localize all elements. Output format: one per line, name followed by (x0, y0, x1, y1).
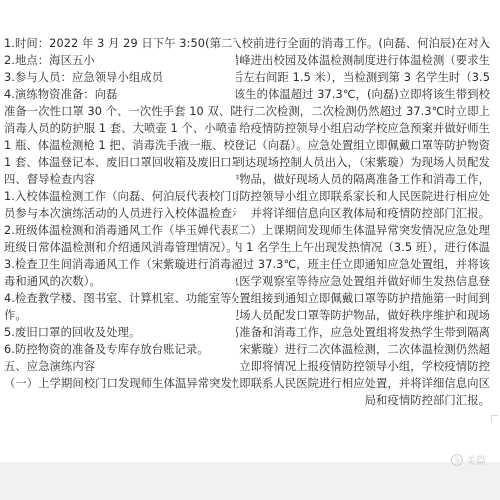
document-line: 信息登记（向磊）。应急处置组立即佩戴口罩等防护物资 (236, 139, 490, 153)
document-line: 朱悦、宋紫璇）进行二次体温检测，二次体温检测仍然超 (236, 343, 490, 357)
document-line: 4.检查教学楼、图书室、计算机室、功能室等处消毒通风 (4, 292, 250, 306)
document-line: 班级日常体温检测和介绍通风消毒管理情况）。 (4, 241, 238, 255)
document-line: 的隔离准备和消毒工作，应急处置组将发热学生带到隔离 (236, 326, 490, 340)
document-line: 等防护物品，做好现场人员的隔离准备工作和消毒工作， (236, 173, 490, 187)
document-line: 3.检查卫生间消毒通风工作（宋紫璇进行消毒液的配比、 (4, 258, 250, 272)
document-line: 局和疫情防控部门汇报。 (365, 394, 490, 408)
document-line: 1.时间：2022 年 3 月 29 日下午 3:50(第二节课) (4, 37, 250, 51)
document-line: 到应急医学观察室等待应急处置组并做好师生发热信息登 (236, 275, 490, 289)
document-line: 1.入校体温检测工作（向磊、何泊辰代表校门口体温检测 (4, 190, 250, 204)
document-line: 四、督导检查内容 (4, 173, 95, 187)
meipian-logo-icon: S (451, 454, 463, 466)
document-line: 时体温超过 37.3℃，班主任立即通知应急处置组，并将该 (236, 258, 490, 272)
document-line: 疫情防控领导小组立即联系家长和人民医院进行相应处 (236, 190, 490, 204)
document-line: 生按错峰进出校园及体温检测制度进行体温检测（要求生 (236, 54, 490, 68)
document-line: （二）上课期间发现师生体温异常突发情况应急处理 (236, 224, 490, 238)
document-line: 作。 (4, 309, 27, 323)
document-line: 应急处置组接到通知立即佩戴口罩等防护措施第一时间到 (236, 292, 490, 306)
document-line: 准备一次性口罩 30 个、一次性手套 10 双、防护工作帽 5 (4, 105, 250, 119)
document-line: 消毒人员的防护服 1 套、大喷壶 1 个、小喷壶 2 个、消毒 (4, 122, 250, 136)
document-line: 五、应急演练内容 (4, 360, 95, 374)
document-line: 离区内进行二次检测，二次检测仍然超过 37.3℃时立即上 (236, 105, 490, 119)
watermark-text: 美篇 (466, 452, 486, 467)
document-line: 学生入校前进行全面的消毒工作。(向磊、何泊辰)在对入 (236, 37, 490, 51)
document-line: 2.班级体温检测和消毒通风工作（毕玉婵代表班主任，进 (4, 224, 250, 238)
document-line: ，发现该生的体温超过 37.3℃，(向磊)立即将该生带到校 (236, 88, 490, 102)
document-line: 班级内 1 名学生上午出现发热情况（3.5 班），进行体温 (236, 241, 490, 255)
document-line: 4.演练物资准备：向磊 (4, 88, 118, 102)
document-line: 1 套、体温登记本、废旧口罩回收箱及废旧口罩。 (4, 156, 250, 170)
document-line: 3.参与人员：应急领导小组成员 (4, 71, 163, 85)
document-line: 小组立即联系人民医院进行相应处置，并将详细信息向区 (236, 377, 490, 391)
left-document-page: 1.时间：2022 年 3 月 29 日下午 3:50(第二节课)2.地点：海区… (0, 0, 250, 462)
document-line: 2.地点：海区五小 (4, 54, 95, 68)
right-document-page: 学生入校前进行全面的消毒工作。(向磊、何泊辰)在对入生按错峰进出校园及体温检测制… (236, 0, 500, 462)
document-line: 时间到达现场控制人员出入，（宋紫璇）为现场人员配发 (236, 156, 490, 170)
document-line: 打电话）给疫情防控领导小组启动学校应急预案并做好师生 (236, 122, 490, 136)
bottom-band (0, 462, 500, 500)
document-line: 员参与本次演练活动的人员进行入校体温检查示范）。 (4, 207, 250, 221)
document-line: 7.3℃，立即将情况上报疫情防控领导小组，学校疫情防控 (236, 360, 490, 374)
document-line: 5.废旧口罩的回收及处理。 (4, 326, 140, 340)
document-line: （一）上学期间校门口发现师生体温异常突发情况应急处 (4, 377, 250, 391)
document-line: 1 瓶、体温检测枪 1 把、消毒洗手液一瓶、校门口桌子和椅 (4, 139, 250, 153)
watermark: S 美篇 (451, 452, 486, 467)
document-line: 并将详细信息向区教体局和疫情防控部门汇报。 (251, 207, 490, 221)
document-line: 6.防控物资的准备及专库存放台账记录。 (4, 343, 209, 357)
page-corner-mark-bottom (491, 415, 498, 422)
document-line: 毒和通风的次数）。 (4, 275, 101, 289)
document-line: 场为现场人员配发口罩等防护物品，做好秩序维护和现场 (236, 309, 490, 323)
document-line: 前后左右间距 1.5 米），当检测到第 3 名学生时（3.5 (236, 71, 490, 85)
